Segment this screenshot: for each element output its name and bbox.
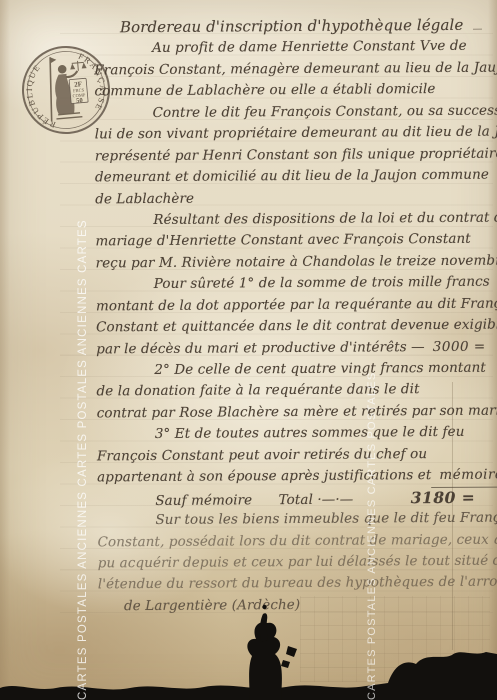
manuscript-line-text: Pour sûreté 1° de la somme de trois mill… — [154, 272, 490, 296]
manuscript-line: demeurant et domicilié au dit lieu de la… — [95, 165, 489, 189]
watermark-middle: CARTES POSTALES ANCIENNES CARTES POSTALE… — [366, 372, 378, 700]
manuscript-line: commune de Lablachère ou elle a établi d… — [94, 79, 488, 103]
manuscript-line: Sur tous les biens immeubles que le dit … — [97, 508, 491, 532]
manuscript-line-text: 2° De celle de cent quatre vingt francs … — [154, 358, 486, 382]
manuscript-line: de Lablachère — [95, 186, 489, 210]
manuscript-line-text: par le décès du mari et productive d'int… — [96, 337, 425, 361]
manuscript-line: Bordereau d'inscription d'hypothèque lég… — [94, 15, 488, 39]
manuscript-line-text: montant de la dot apportée par la requér… — [96, 293, 497, 317]
manuscript-line-text: Résultant des dispositions de la loi et … — [153, 207, 497, 231]
manuscript-line: contrat par Rose Blachère sa mère et ret… — [97, 400, 491, 424]
manuscript-line: montant de la dot apportée par la requér… — [96, 293, 490, 317]
denomination-line4: 50 — [76, 97, 83, 105]
manuscript-line-text: pu acquérir depuis et ceux par lui délai… — [98, 550, 497, 574]
manuscript-line-text: reçu par M. Rivière notaire à Chandolas … — [96, 250, 497, 275]
watermark-left: CARTES POSTALES ANCIENNES CARTES POSTALE… — [77, 219, 89, 700]
manuscript-line: 2° De celle de cent quatre vingt francs … — [96, 358, 490, 382]
manuscript-line-text: lui de son vivant propriétaire demeurant… — [95, 121, 497, 146]
manuscript-line-text: appartenant à son épouse après justifica… — [97, 465, 431, 489]
margin-amount: 3000 = — [425, 336, 486, 358]
manuscript-line-text: François Constant, ménagère demeurant au… — [94, 57, 497, 81]
ink-dot — [262, 605, 266, 609]
manuscript-line: appartenant à son épouse après justifica… — [97, 465, 491, 489]
denomination-tablet: 2F FRCS COMP 50 — [69, 78, 88, 105]
manuscript-line: François Constant, ménagère demeurant au… — [94, 58, 488, 82]
manuscript-line-text: représenté par Henri Constant son fils u… — [95, 143, 497, 167]
manuscript-line: Pour sûreté 1° de la somme de trois mill… — [96, 272, 490, 296]
manuscript-line: Résultant des dispositions de la loi et … — [95, 208, 489, 232]
manuscript-line-text: mariage d'Henriette Constant avec Franço… — [95, 229, 470, 253]
manuscript-line-text: Contre le dit feu François Constant, ou … — [153, 100, 497, 124]
manuscript-line: Constant, possédait lors du dit contrat … — [98, 529, 492, 553]
manuscript-line-text: demeurant et domicilié au dit lieu de la… — [95, 165, 489, 189]
manuscript-line: Au profit de dame Henriette Constant Vve… — [94, 36, 488, 60]
manuscript-line: pu acquérir depuis et ceux par lui délai… — [98, 551, 492, 575]
manuscript-line: François Constant peut avoir retirés du … — [97, 443, 491, 467]
manuscript-line-text: 3° Et de toutes autres sommes que le dit… — [155, 422, 465, 446]
manuscript-line-text: commune de Lablachère ou elle a établi d… — [94, 79, 435, 103]
manuscript-line: de la donation faite à la requérante dan… — [96, 379, 490, 403]
manuscript-line-text: Sur tous les biens immeubles que le dit … — [155, 507, 497, 531]
margin-amount: mémoire — [431, 465, 497, 488]
manuscript-line: Sauf mémoire Total ·—·—3180 = — [97, 486, 491, 510]
manuscript-line-text: Constant, possédait lors du dit contrat … — [98, 529, 497, 554]
torn-bottom-edge — [0, 652, 497, 700]
ink-speck-1 — [286, 646, 297, 657]
ink-blot-torn-edge — [0, 580, 497, 700]
manuscript-line: lui de son vivant propriétaire demeurant… — [95, 122, 489, 146]
manuscript-line: Constant et quittancée dans le dit contr… — [96, 315, 490, 339]
manuscript-line: reçu par M. Rivière notaire à Chandolas … — [96, 250, 490, 274]
manuscript-line-text: Constant et quittancée dans le dit contr… — [96, 315, 497, 339]
manuscript-text: Bordereau d'inscription d'hypothèque lég… — [94, 15, 492, 618]
manuscript-line-text: Au profit de dame Henriette Constant Vve… — [152, 36, 467, 60]
manuscript-line-text: contrat par Rose Blachère sa mère et ret… — [97, 400, 497, 424]
margin-amount: 3180 = — [403, 486, 476, 508]
manuscript-line: Contre le dit feu François Constant, ou … — [95, 100, 489, 124]
manuscript-line-text: Bordereau d'inscription d'hypothèque lég… — [120, 15, 464, 39]
manuscript-line: par le décès du mari et productive d'int… — [96, 336, 490, 360]
ink-speck-2 — [281, 660, 290, 668]
scanned-document-page: RÉPUBLIQUE FRANÇAISE 2F FRCS COMP 50 Bor… — [0, 0, 497, 700]
manuscript-line: 3° Et de toutes autres sommes que le dit… — [97, 422, 491, 446]
manuscript-line-text: de Lablachère — [95, 188, 194, 210]
manuscript-line: représenté par Henri Constant son fils u… — [95, 143, 489, 167]
manuscript-line: mariage d'Henriette Constant avec Franço… — [95, 229, 489, 253]
